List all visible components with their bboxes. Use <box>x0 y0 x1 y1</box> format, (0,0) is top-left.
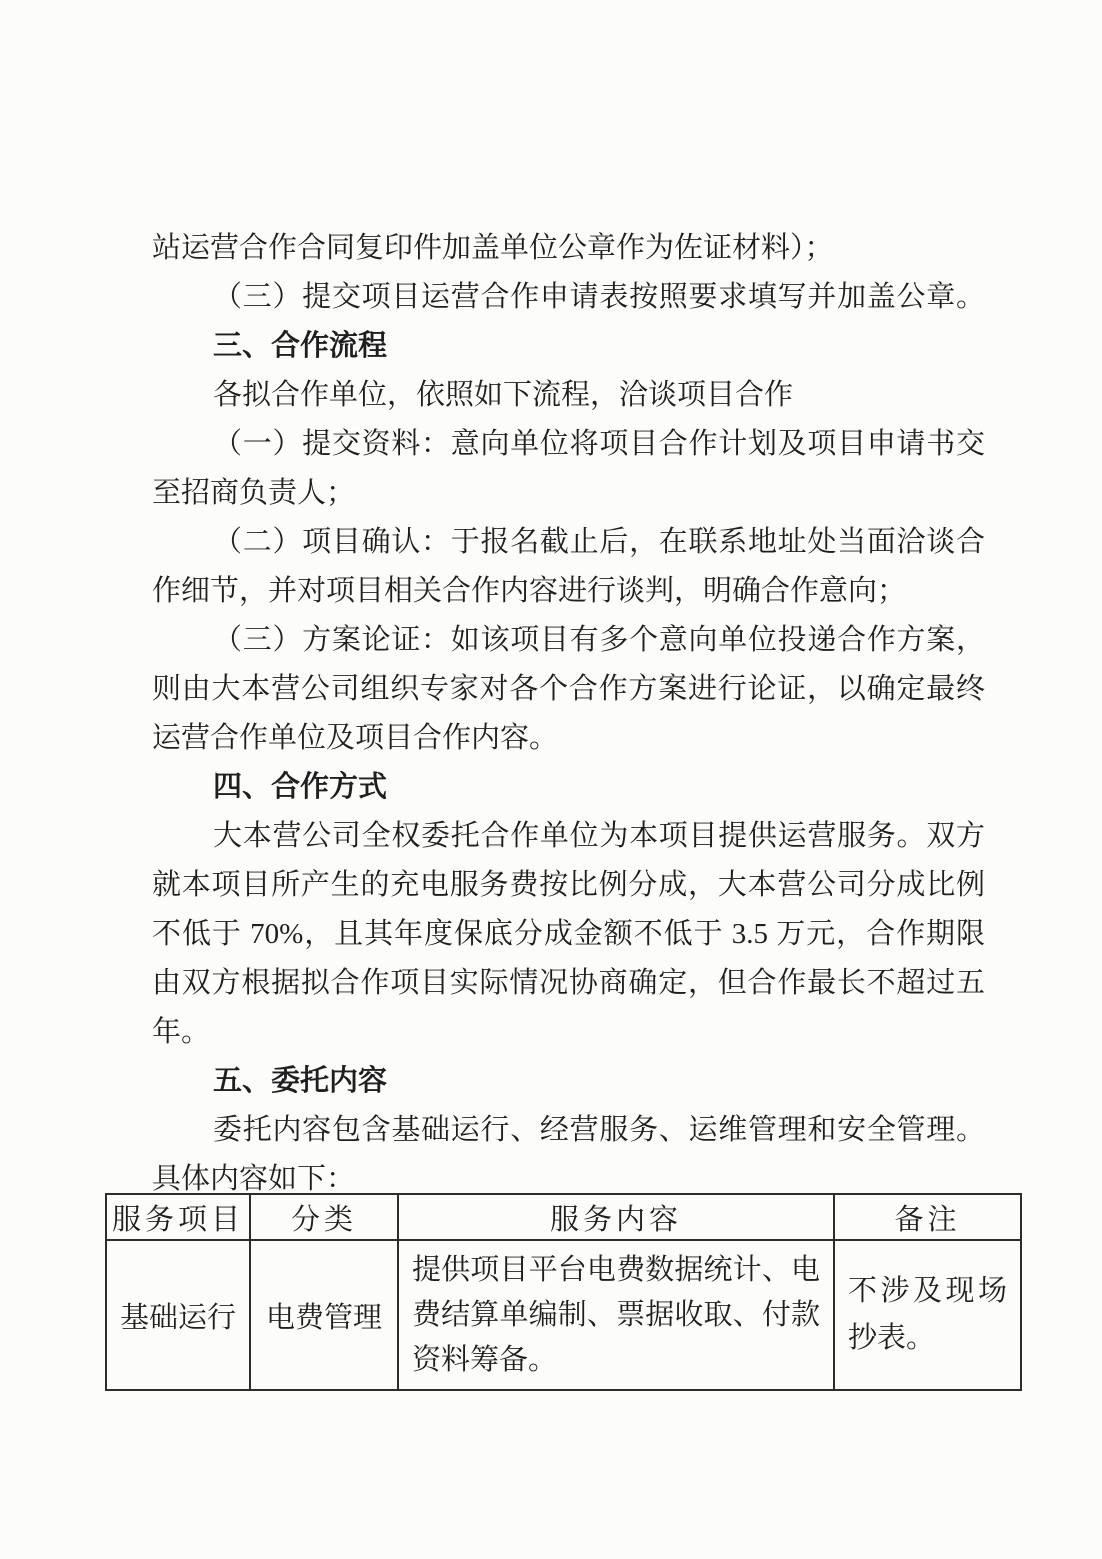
text-line: 站运营合作合同复印件加盖单位公章作为佐证材料）； <box>152 224 985 273</box>
text-line: 大本营公司全权委托合作单位为本项目提供运营服务。双方 <box>152 812 985 861</box>
text-line: 至招商负责人； <box>152 469 985 518</box>
section-heading: 四、合作方式 <box>152 763 985 812</box>
column-header-service-content: 服务内容 <box>398 1194 834 1240</box>
text-line: 年。 <box>152 1008 985 1057</box>
section-heading: 五、委托内容 <box>152 1057 985 1106</box>
cell-line: 提供项目平台电费数据统计、电 <box>412 1248 820 1293</box>
table-row: 基础运行电费管理提供项目平台电费数据统计、电费结算单编制、票据收取、付款资料筹备… <box>106 1240 1021 1390</box>
column-header-service-item: 服务项目 <box>106 1194 250 1240</box>
text-line: （一）提交资料：意向单位将项目合作计划及项目申请书交 <box>152 420 985 469</box>
service-item-cell: 基础运行 <box>106 1240 250 1390</box>
column-header-remark: 备注 <box>834 1194 1021 1240</box>
service-content-cell: 提供项目平台电费数据统计、电费结算单编制、票据收取、付款资料筹备。 <box>398 1240 834 1390</box>
text-line: 由双方根据拟合作项目实际情况协商确定，但合作最长不超过五 <box>152 959 985 1008</box>
service-table: 服务项目 分类 服务内容 备注 基础运行电费管理提供项目平台电费数据统计、电费结… <box>105 1193 1022 1391</box>
text-line: 就本项目所产生的充电服务费按比例分成，大本营公司分成比例 <box>152 861 985 910</box>
table-header-row: 服务项目 分类 服务内容 备注 <box>106 1194 1021 1240</box>
text-line: 各拟合作单位，依照如下流程，洽谈项目合作 <box>152 371 985 420</box>
category-cell: 电费管理 <box>250 1240 398 1390</box>
text-line: （三）方案论证：如该项目有多个意向单位投递合作方案， <box>152 616 985 665</box>
text-line: 委托内容包含基础运行、经营服务、运维管理和安全管理。 <box>152 1106 985 1155</box>
remark-cell: 不涉及现场抄表。 <box>834 1240 1021 1390</box>
text-line: 运营合作单位及项目合作内容。 <box>152 714 985 763</box>
column-header-category: 分类 <box>250 1194 398 1240</box>
cell-line: 不涉及现场 <box>848 1268 1007 1315</box>
body-text: 站运营合作合同复印件加盖单位公章作为佐证材料）；（三）提交项目运营合作申请表按照… <box>152 224 985 1204</box>
text-line: 则由大本营公司组织专家对各个合作方案进行论证，以确定最终 <box>152 665 985 714</box>
remark-lines: 不涉及现场抄表。 <box>835 1268 1020 1362</box>
section-heading: 三、合作流程 <box>152 322 985 371</box>
text-line: （三）提交项目运营合作申请表按照要求填写并加盖公章。 <box>152 273 985 322</box>
text-line: 作细节，并对项目相关合作内容进行谈判，明确合作意向； <box>152 567 985 616</box>
service-content-lines: 提供项目平台电费数据统计、电费结算单编制、票据收取、付款资料筹备。 <box>399 1248 833 1383</box>
cell-line: 资料筹备。 <box>412 1338 820 1383</box>
cell-line: 抄表。 <box>848 1315 1007 1362</box>
text-line: （二）项目确认：于报名截止后，在联系地址处当面洽谈合 <box>152 518 985 567</box>
cell-line: 费结算单编制、票据收取、付款 <box>412 1293 820 1338</box>
text-line: 不低于 70%，且其年度保底分成金额不低于 3.5 万元，合作期限 <box>152 910 985 959</box>
